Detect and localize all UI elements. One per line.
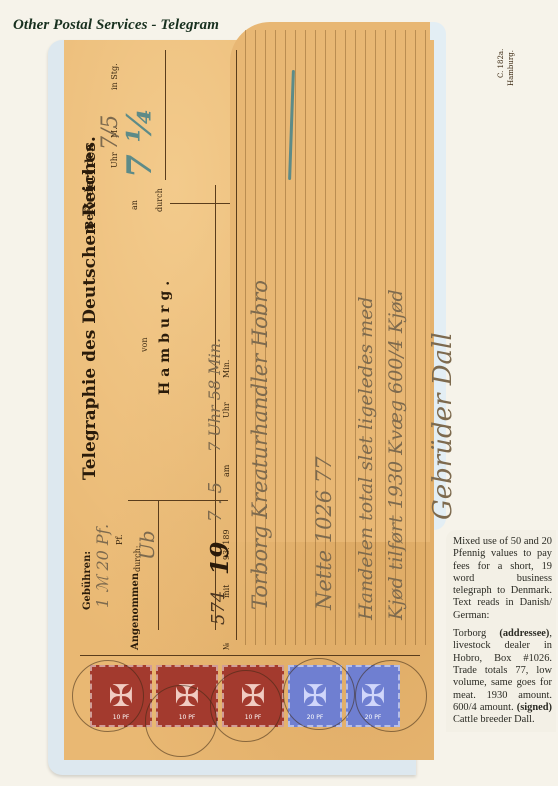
divider-line [236, 50, 237, 640]
angenommen-label: Angenommen [130, 573, 141, 650]
description-paragraph-2: Torborg (addressee), livestock dealer in… [453, 628, 552, 726]
uhr-label: Uhr [110, 152, 119, 168]
divider-line [170, 203, 230, 204]
postmark-cancel [145, 685, 217, 757]
message-address-line-2: Nette 1026 77 [312, 456, 336, 610]
handwritten-fee: 1 ℳ 20 Pf. [93, 524, 112, 608]
pf-label: Pf. [115, 534, 124, 545]
signed-label: (signed) [517, 702, 552, 713]
divider-line [80, 655, 420, 656]
form-code: C. 182a. [497, 49, 505, 78]
postmark-cancel [355, 660, 427, 732]
origin-label: von [140, 338, 149, 353]
origin-city: Hamburg. [157, 276, 173, 395]
handwritten-date: 7 . 5 [205, 482, 226, 522]
page-title: Other Postal Services - Telegram [13, 17, 219, 34]
in-stg-label: in Stg. [110, 63, 119, 90]
postmark-cancel [72, 660, 144, 732]
number-label: № [222, 642, 231, 650]
handwritten-blue-signature: 7 ¼ [120, 107, 160, 178]
divider-line [158, 500, 159, 630]
addressee-label: (addressee) [499, 628, 549, 639]
divider-line [165, 50, 166, 180]
postmark-cancel [283, 658, 355, 730]
durch-label: durch [155, 188, 164, 212]
handwritten-accepted-by: Ub [135, 530, 159, 560]
message-line-1: Handelen total slet ligeledes med [355, 296, 377, 620]
message-address-line-1: Torborg Kreaturhandler Hobro [248, 280, 272, 610]
an-label: an [130, 200, 139, 210]
message-signature: Gebrüder Dall [428, 332, 458, 520]
message-line-2: Kjød tilført 1930 Kvæg 600/4 Kjød [385, 289, 407, 620]
form-printer: Hamburg. [507, 50, 515, 86]
befoerdert-label: Befördert den [83, 144, 96, 230]
handwritten-word-count: 19 [205, 542, 234, 575]
gebuehren-label: Gebühren: [82, 551, 93, 610]
handwritten-number: 574 [208, 591, 229, 625]
postmark-cancel [210, 670, 282, 742]
description-paragraph-1: Mixed use of 50 and 20 Pfennig values to… [453, 536, 552, 622]
am-label: am [222, 465, 231, 477]
description-panel: Mixed use of 50 and 20 Pfennig values to… [446, 530, 556, 732]
handwritten-time: 7 Uhr 58 Min. [205, 338, 224, 452]
